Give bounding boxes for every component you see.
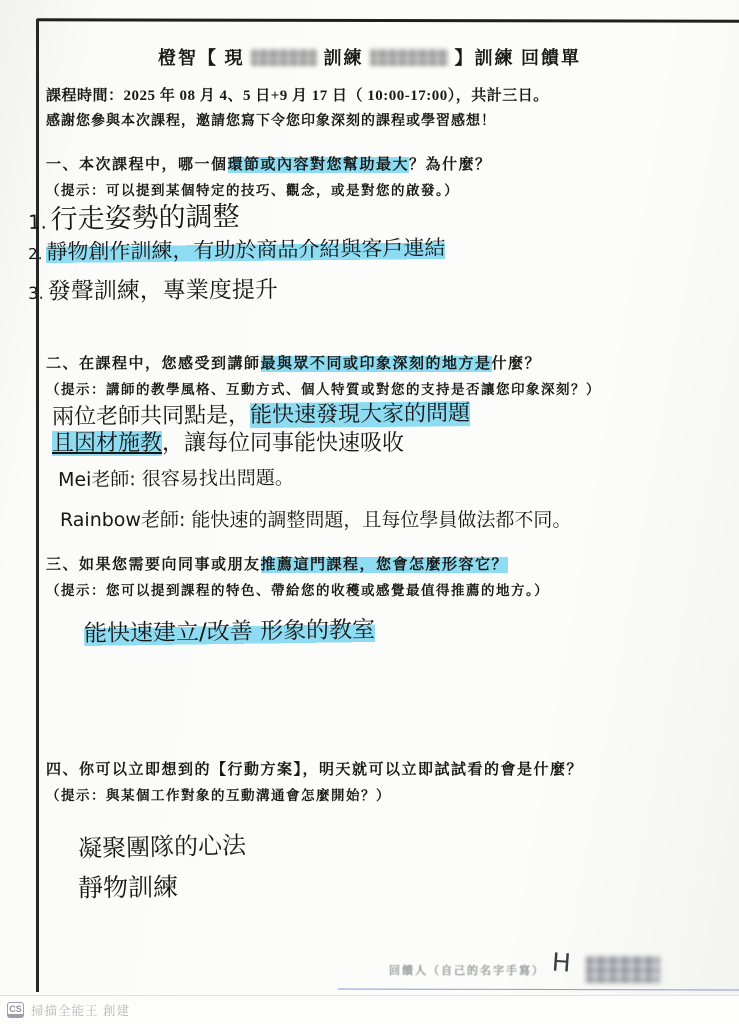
- course-time: 課程時間：2025 年 08 月 4、5 日+9 月 17 日（ 10:00-1…: [46, 84, 549, 105]
- privacy-blur-2: [370, 49, 448, 66]
- form-title-mid: 訓練: [324, 48, 364, 68]
- scanned-page: 橙智【 現 訓練 】訓練 回饋單 課程時間：2025 年 08 月 4、5 日+…: [0, 0, 739, 1024]
- q1-answer-1-num: 1.: [28, 211, 47, 234]
- q1-answer-3: 3.發聲訓練，專業度提升: [28, 271, 278, 306]
- q1-highlight: 環節或內容對您幫助最大: [228, 157, 410, 173]
- q1-answer-3-text: 發聲訓練，專業度提升: [48, 277, 278, 305]
- q1-heading: 一、本次課程中，哪一個環節或內容對您幫助最大？為什麼？: [46, 153, 492, 174]
- q2-answer-line2-post: ，讓每位同事能快速吸收: [162, 431, 404, 456]
- q4-hint: （提示：與某個工作對象的互動溝通會怎麼開始？）: [46, 784, 391, 804]
- q2-answer-line2-highlight: 且因材施教: [52, 431, 162, 456]
- q1-answer-2-text: 靜物創作訓練，有助於商品介紹與客戶連結: [46, 236, 445, 264]
- q2-tail: 什麼？: [492, 356, 542, 372]
- q2-hint: （提示：講師的教學風格、互動方式、個人特質或對您的支持是否讓您印象深刻？）: [46, 378, 601, 398]
- q2-highlight: 最與眾不同或印象深刻的地方是: [261, 356, 492, 372]
- scan-border-left: [36, 19, 39, 992]
- q4-answer-1: 凝聚團隊的心法: [78, 825, 247, 864]
- q2-answer-mei: Mei老師: 很容易找出問題。: [58, 463, 294, 492]
- q3-heading: 三、如果您需要向同事或朋友推薦這門課程，您會怎麼形容它？: [46, 553, 508, 574]
- form-title-pre: 橙智【 現: [158, 48, 245, 68]
- q3-answer-text: 能快速建立/改善 形象的教室: [84, 617, 375, 647]
- camscanner-logo-icon: CS: [7, 1002, 24, 1018]
- q3-answer: 能快速建立/改善 形象的教室: [84, 611, 375, 648]
- signature-handwriting: H: [551, 947, 572, 977]
- q4-answer-2: 靜物訓練: [78, 867, 178, 904]
- q3-highlight: 推薦這門課程，您會怎麼形容它？: [261, 557, 509, 573]
- signature-line: [338, 988, 739, 990]
- q1-answer-2: 2.靜物創作訓練，有助於商品介紹與客戶連結: [28, 232, 446, 266]
- signature-privacy-blur: [586, 956, 660, 983]
- q1-answer-1-text: 行走姿勢的調整: [50, 201, 240, 235]
- q2-heading: 二、在課程中，您感受到講師最與眾不同或印象深刻的地方是什麼？: [46, 352, 541, 373]
- q1-label: 一、本次課程中，哪一個: [46, 157, 228, 173]
- privacy-blur-1: [251, 49, 317, 66]
- camscanner-watermark-bar: CS 掃描全能王 創建: [0, 995, 739, 1024]
- q4-heading: 四、你可以立即想到的【行動方案】，明天就可以立即試試看的會是什麼？: [46, 758, 583, 779]
- camscanner-watermark-text: 掃描全能王 創建: [31, 1001, 130, 1019]
- q1-answer-1: 1.行走姿勢的調整: [28, 194, 240, 237]
- q2-answer-line1-highlight: 能快速發現大家的問題: [250, 401, 470, 428]
- signer-label: 回饋人（自己的名字手寫）: [389, 962, 545, 978]
- intro-text: 感謝您參與本次課程，邀請您寫下令您印象深刻的課程或學習感想！: [46, 110, 496, 130]
- scan-border-top: [37, 18, 739, 22]
- q1-answer-2-num: 2.: [28, 245, 43, 263]
- form-title-post: 】訓練 回饋單: [455, 48, 582, 68]
- form-title: 橙智【 現 訓練 】訓練 回饋單: [0, 44, 739, 70]
- q2-answer-line2: 且因材施教，讓每位同事能快速吸收: [52, 426, 404, 457]
- q1-tail: ？為什麼？: [409, 157, 492, 173]
- q3-label: 三、如果您需要向同事或朋友: [46, 557, 261, 573]
- q1-answer-3-num: 3.: [28, 284, 44, 303]
- q2-label: 二、在課程中，您感受到講師: [46, 356, 261, 372]
- q2-answer-rainbow: Rainbow老師: 能快速的調整問題，且每位學員做法都不同。: [60, 505, 571, 532]
- q3-hint: （提示：您可以提到課程的特色、帶給您的收穫或感覺最值得推薦的地方。）: [46, 579, 549, 599]
